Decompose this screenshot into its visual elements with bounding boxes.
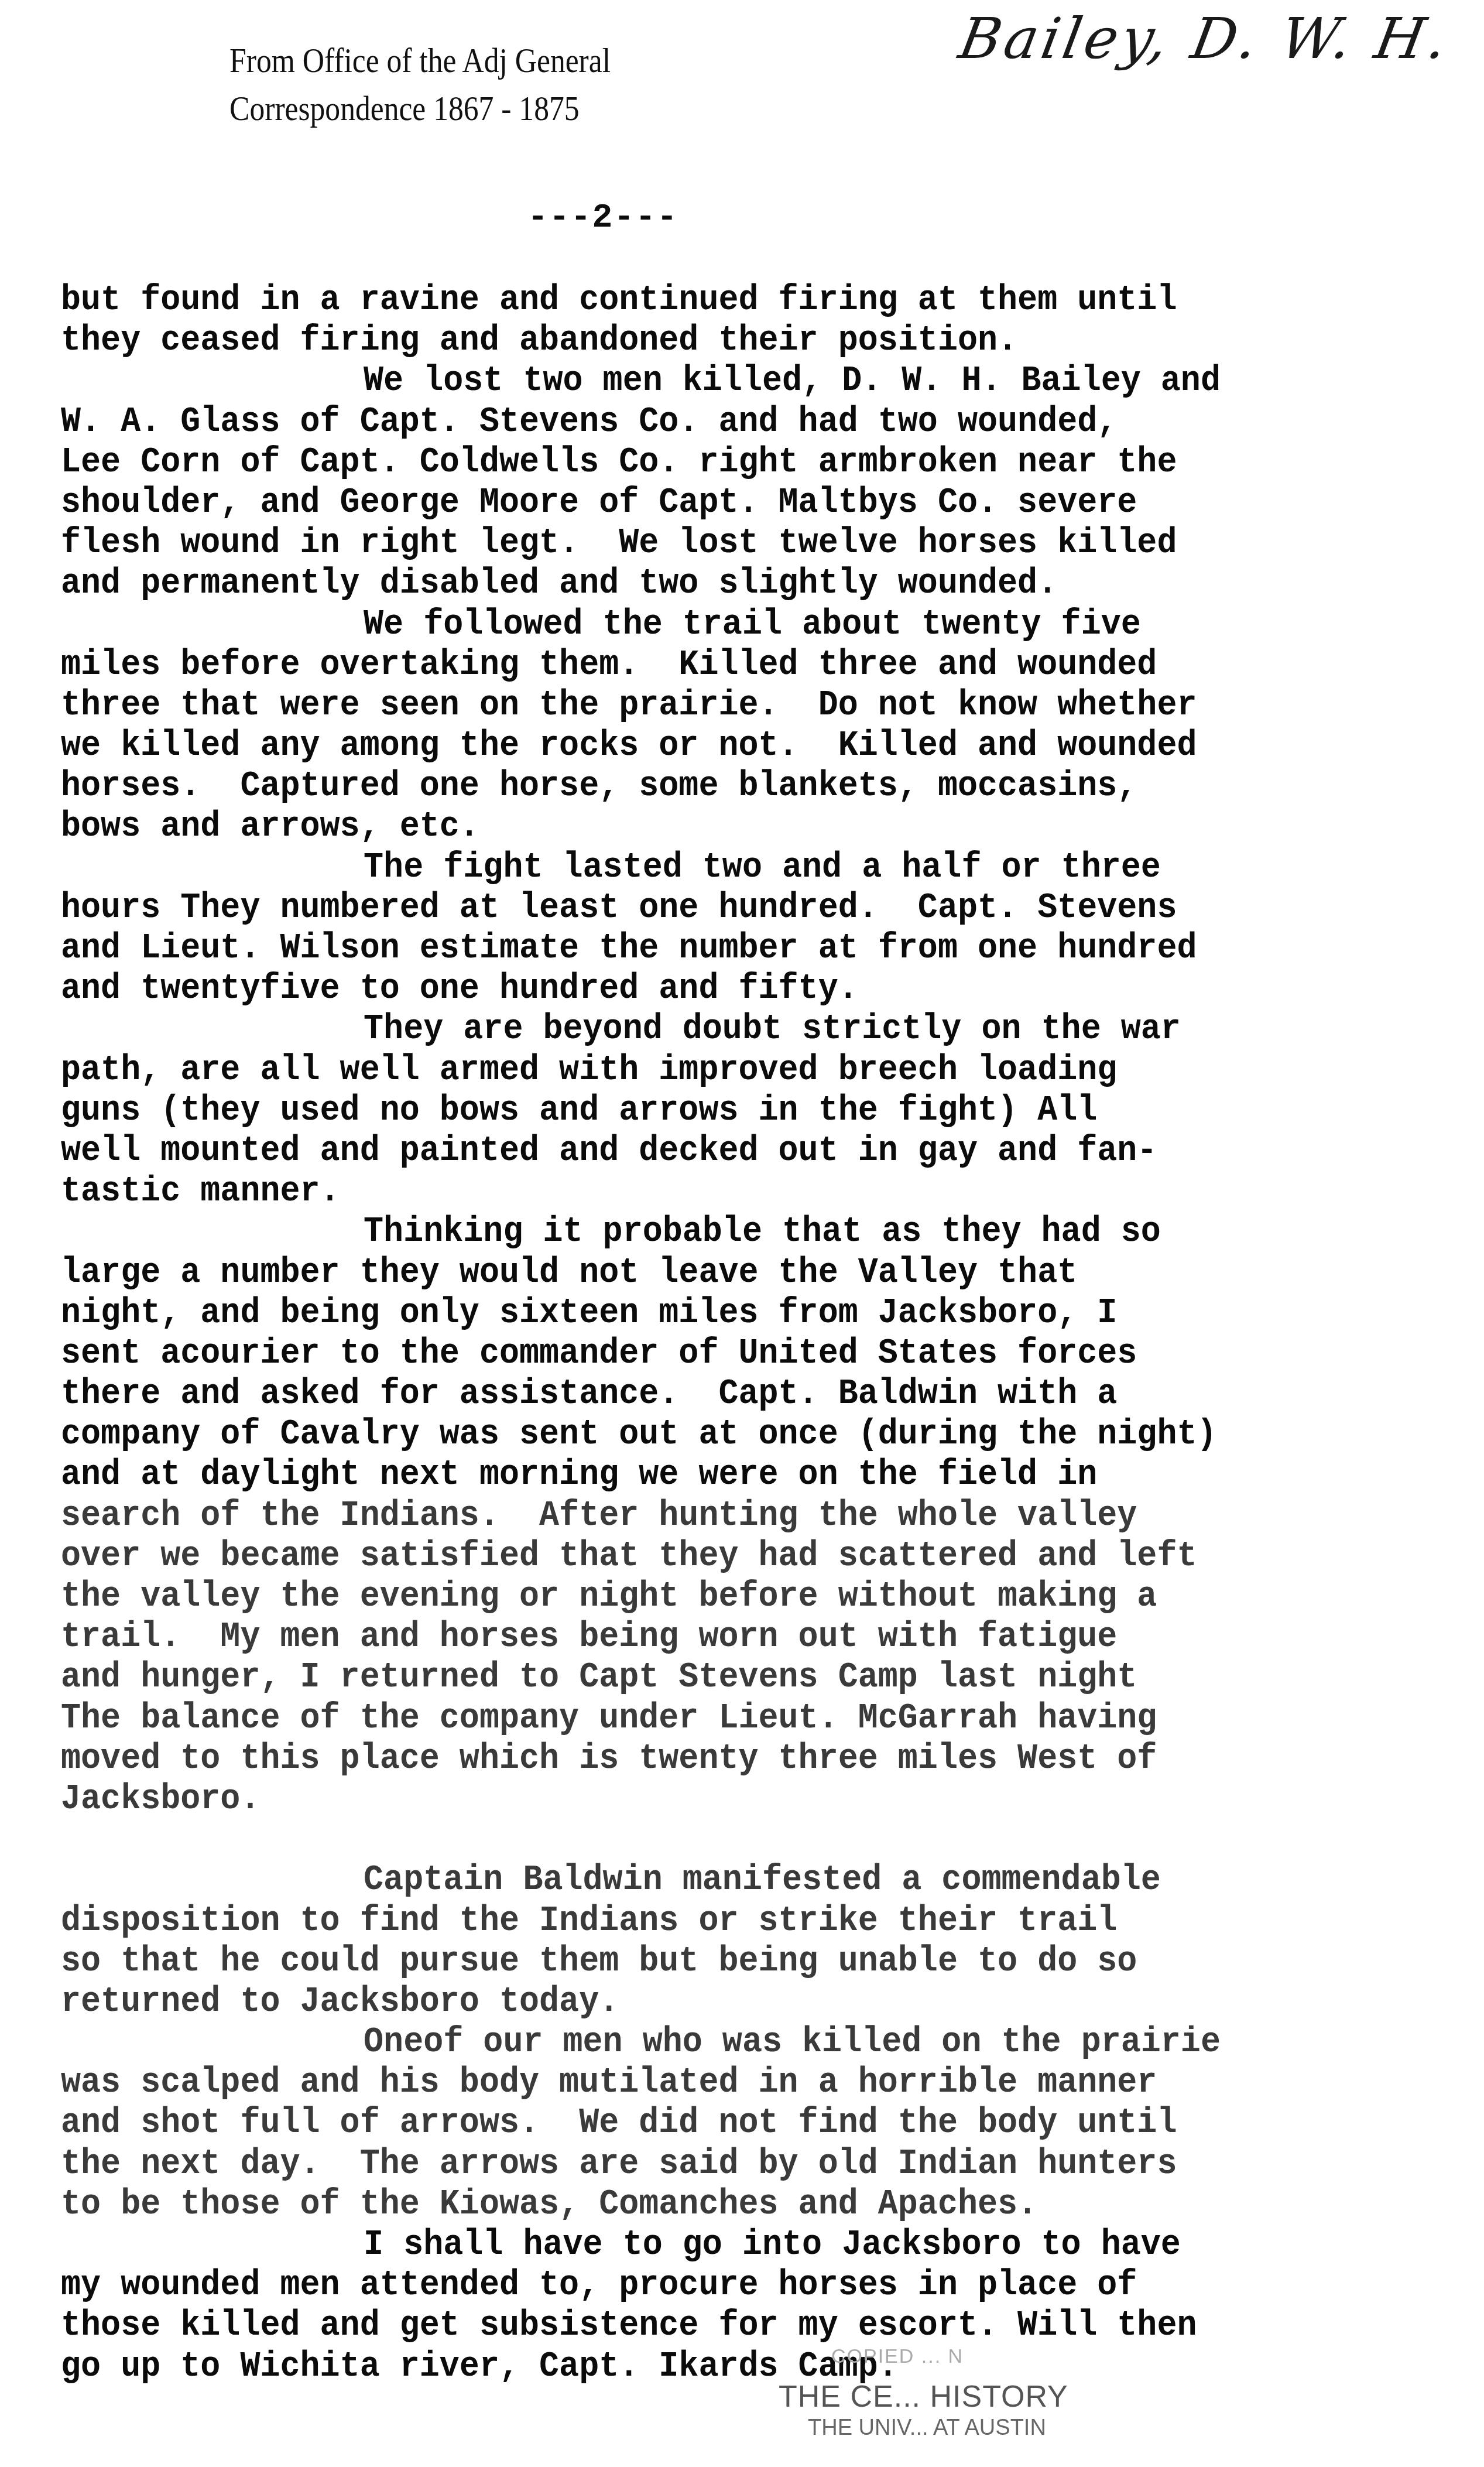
body-line: returned to Jacksboro today. [61, 1982, 1368, 2022]
body-line: miles before overtaking them. Killed thr… [61, 645, 1368, 685]
body-line: We followed the trail about twenty five [61, 604, 1368, 645]
body-line: guns (they used no bows and arrows in th… [61, 1090, 1368, 1131]
body-line: to be those of the Kiowas, Comanches and… [61, 2184, 1368, 2225]
body-line: path, are all well armed with improved b… [61, 1050, 1368, 1090]
body-line: disposition to find the Indians or strik… [61, 1901, 1368, 1941]
body-line: hours They numbered at least one hundred… [61, 888, 1368, 928]
archive-source-header: From Office of the Adj General Correspon… [229, 36, 611, 132]
stamp-line-1: COPIED ... N [831, 2345, 964, 2368]
body-line: go up to Wichita river, Capt. Ikards Cam… [61, 2346, 1368, 2387]
body-line: I shall have to go into Jacksboro to hav… [61, 2225, 1368, 2265]
body-line: well mounted and painted and decked out … [61, 1131, 1368, 1171]
body-line: over we became satisfied that they had s… [61, 1536, 1368, 1576]
body-line: and shot full of arrows. We did not find… [61, 2103, 1368, 2143]
body-line [61, 1819, 1368, 1860]
body-line: horses. Captured one horse, some blanket… [61, 766, 1368, 806]
body-line: Lee Corn of Capt. Coldwells Co. right ar… [61, 442, 1368, 483]
handwritten-annotation: Bailey, D. W. H. [954, 6, 1455, 71]
body-line: sent acourier to the commander of United… [61, 1333, 1368, 1374]
letter-body: but found in a ravine and continued firi… [61, 280, 1368, 2387]
body-line: tastic manner. [61, 1171, 1368, 1212]
body-line: Captain Baldwin manifested a commendable [61, 1860, 1368, 1900]
body-line: large a number they would not leave the … [61, 1253, 1368, 1293]
body-line: so that he could pursue them but being u… [61, 1941, 1368, 1982]
body-line: the next day. The arrows are said by old… [61, 2144, 1368, 2184]
stamp-line-3: THE UNIV... AT AUSTIN [808, 2415, 1046, 2441]
body-line: but found in a ravine and continued firi… [61, 280, 1368, 320]
body-line: company of Cavalry was sent out at once … [61, 1414, 1368, 1455]
body-line: they ceased firing and abandoned their p… [61, 320, 1368, 361]
body-line: three that were seen on the prairie. Do … [61, 685, 1368, 726]
body-line: the valley the evening or night before w… [61, 1576, 1368, 1617]
body-line: moved to this place which is twenty thre… [61, 1739, 1368, 1779]
body-line: W. A. Glass of Capt. Stevens Co. and had… [61, 402, 1368, 442]
body-line: The balance of the company under Lieut. … [61, 1698, 1368, 1739]
body-line: Thinking it probable that as they had so [61, 1212, 1368, 1252]
body-line: search of the Indians. After hunting the… [61, 1496, 1368, 1536]
body-line: and permanently disabled and two slightl… [61, 563, 1368, 604]
body-line: there and asked for assistance. Capt. Ba… [61, 1374, 1368, 1414]
body-line: shoulder, and George Moore of Capt. Malt… [61, 483, 1368, 523]
body-line: those killed and get subsistence for my … [61, 2305, 1368, 2346]
body-line: and at daylight next morning we were on … [61, 1455, 1368, 1495]
body-line: The fight lasted two and a half or three [61, 847, 1368, 888]
document-page: From Office of the Adj General Correspon… [0, 0, 1484, 2467]
page-number: ---2--- [515, 199, 691, 237]
archive-source-line-1: From Office of the Adj General [229, 36, 611, 84]
body-line: and hunger, I returned to Capt Stevens C… [61, 1657, 1368, 1698]
body-line: They are beyond doubt strictly on the wa… [61, 1009, 1368, 1049]
body-line: Jacksboro. [61, 1779, 1368, 1819]
body-line: and twentyfive to one hundred and fifty. [61, 969, 1368, 1009]
body-line: flesh wound in right legt. We lost twelv… [61, 523, 1368, 563]
body-line: was scalped and his body mutilated in a … [61, 2062, 1368, 2103]
body-line: we killed any among the rocks or not. Ki… [61, 726, 1368, 766]
body-line: We lost two men killed, D. W. H. Bailey … [61, 361, 1368, 401]
body-line: trail. My men and horses being worn out … [61, 1617, 1368, 1657]
archive-source-line-2: Correspondence 1867 - 1875 [229, 84, 611, 132]
body-line: Oneof our men who was killed on the prai… [61, 2022, 1368, 2062]
body-line: my wounded men attended to, procure hors… [61, 2265, 1368, 2305]
body-line: bows and arrows, etc. [61, 806, 1368, 847]
stamp-line-2: THE CE... HISTORY [779, 2379, 1068, 2414]
body-line: and Lieut. Wilson estimate the number at… [61, 928, 1368, 969]
body-line: night, and being only sixteen miles from… [61, 1293, 1368, 1333]
